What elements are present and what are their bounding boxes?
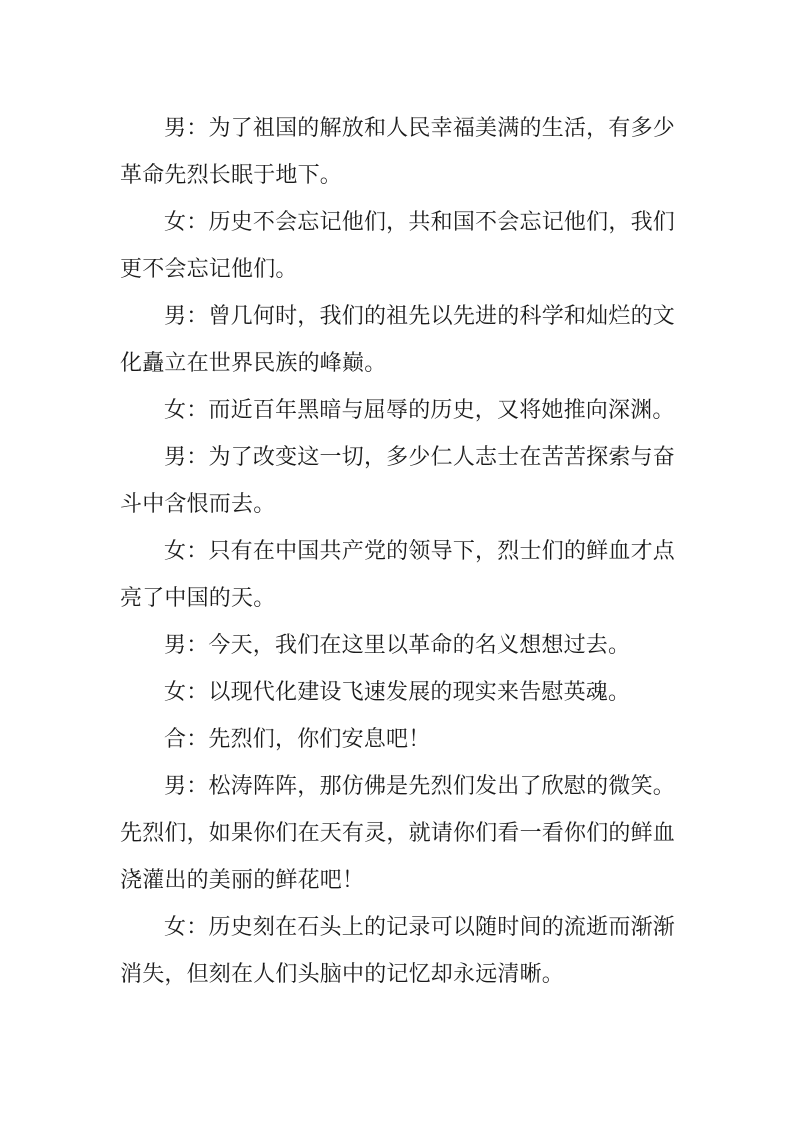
dialogue-text: 先烈们，你们安息吧！ [208,727,430,752]
dialogue-paragraph: 男：为了改变这一切，多少仁人志士在苦苦探索与奋斗中含恨而去。 [120,434,675,528]
speaker-label: 女 [164,680,186,705]
dialogue-text: 而近百年黑暗与屈辱的历史，又将她推向深渊。 [208,398,674,423]
dialogue-text: 以现代化建设飞速发展的现实来告慰英魂。 [208,680,630,705]
speaker-label: 男 [164,774,186,799]
speaker-separator: ： [186,445,208,470]
speaker-label: 女 [164,398,186,423]
speaker-label: 男 [164,633,186,658]
speaker-separator: ： [186,116,208,141]
dialogue-paragraph: 男：曾几何时，我们的祖先以先进的科学和灿烂的文化矗立在世界民族的峰巅。 [120,293,675,387]
document-page: 男：为了祖国的解放和人民幸福美满的生活，有多少革命先烈长眠于地下。 女：历史不会… [120,105,675,998]
dialogue-paragraph: 女：历史不会忘记他们，共和国不会忘记他们，我们更不会忘记他们。 [120,199,675,293]
dialogue-paragraph: 女：以现代化建设飞速发展的现实来告慰英魂。 [120,669,675,716]
speaker-separator: ： [186,633,208,658]
dialogue-paragraph: 女：只有在中国共产党的领导下，烈士们的鲜血才点亮了中国的天。 [120,528,675,622]
dialogue-text: 今天，我们在这里以革命的名义想想过去。 [208,633,630,658]
dialogue-paragraph: 女：而近百年黑暗与屈辱的历史，又将她推向深渊。 [120,387,675,434]
dialogue-paragraph: 男：松涛阵阵，那仿佛是先烈们发出了欣慰的微笑。先烈们，如果你们在天有灵，就请你们… [120,763,675,904]
dialogue-paragraph: 合：先烈们，你们安息吧！ [120,716,675,763]
speaker-separator: ： [186,210,208,235]
speaker-label: 男 [164,304,186,329]
dialogue-paragraph: 男：为了祖国的解放和人民幸福美满的生活，有多少革命先烈长眠于地下。 [120,105,675,199]
speaker-separator: ： [186,680,208,705]
speaker-label: 合 [164,727,186,752]
speaker-separator: ： [186,398,208,423]
dialogue-paragraph: 男：今天，我们在这里以革命的名义想想过去。 [120,622,675,669]
speaker-label: 女 [164,539,186,564]
speaker-separator: ： [186,727,208,752]
speaker-label: 女 [164,915,186,940]
speaker-separator: ： [186,774,208,799]
dialogue-paragraph: 女：历史刻在石头上的记录可以随时间的流逝而渐渐消失，但刻在人们头脑中的记忆却永远… [120,904,675,998]
speaker-separator: ： [186,915,208,940]
speaker-label: 男 [164,445,186,470]
speaker-separator: ： [186,539,208,564]
speaker-separator: ： [186,304,208,329]
speaker-label: 男 [164,116,186,141]
speaker-label: 女 [164,210,186,235]
